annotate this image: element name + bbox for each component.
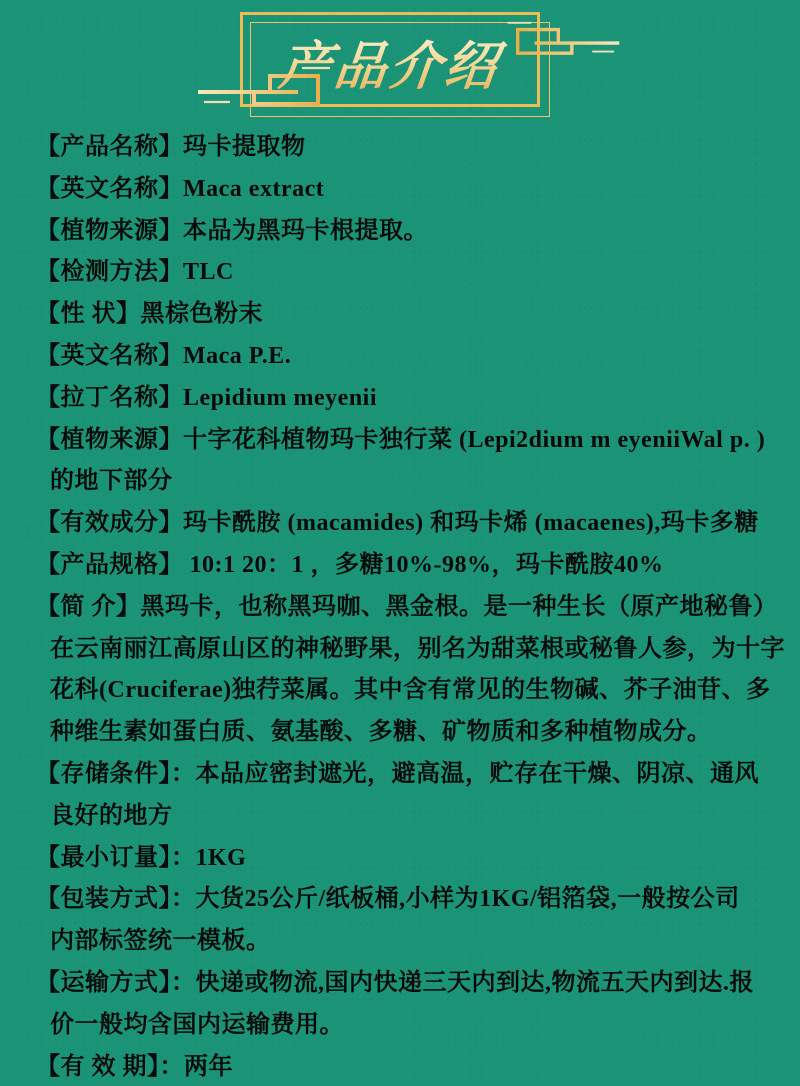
spec-line-latin-name: 【拉丁名称】Lepidium meyenii <box>0 378 800 420</box>
spec-line-specification: 【产品规格】 10:1 20：1 ，多糖10%-98%，玛卡酰胺40% <box>0 545 800 587</box>
spec-line-shelf-life: 【有 效 期】：两年 <box>0 1047 800 1086</box>
product-spec-list: 【产品名称】玛卡提取物 【英文名称】Maca extract 【植物来源】本品为… <box>0 127 800 1086</box>
spec-line-storage-cont: 良好的地方 <box>0 796 800 838</box>
spec-line-active-ingredients: 【有效成分】玛卡酰胺 (macamides) 和玛卡烯 (macaenes),玛… <box>0 503 800 545</box>
spec-line-storage: 【存储条件】：本品应密封遮光，避高温，贮存在干燥、阴凉、通风 <box>0 754 800 796</box>
page-title: 产品介绍 <box>236 24 544 99</box>
spec-line-brief-intro-cont-3: 种维生素如蛋白质、氨基酸、多糖、矿物质和多种植物成分。 <box>0 712 800 754</box>
spec-line-plant-source-2: 【植物来源】十字花科植物玛卡独行菜 (Lepi2dium m eyeniiWal… <box>0 420 800 462</box>
spec-line-plant-source-2-cont: 的地下部分 <box>0 461 800 503</box>
spec-line-test-method: 【检测方法】TLC <box>0 252 800 294</box>
spec-line-english-name-2: 【英文名称】Maca P.E. <box>0 336 800 378</box>
spec-line-brief-intro-cont-2: 花科(Cruciferae)独荇菜属。其中含有常见的生物碱、芥子油苷、多 <box>0 670 800 712</box>
product-intro-page: 产品介绍 【产品名称】玛卡提取物 【英文名称】Maca extract 【植物来… <box>0 0 800 1086</box>
spec-line-appearance: 【性 状】黑棕色粉末 <box>0 294 800 336</box>
spec-line-product-name: 【产品名称】玛卡提取物 <box>0 127 800 169</box>
spec-line-english-name: 【英文名称】Maca extract <box>0 169 800 211</box>
spec-line-brief-intro: 【简 介】黑玛卡，也称黑玛咖、黑金根。是一种生长（原产地秘鲁） <box>0 587 800 629</box>
spec-line-shipping-cont: 价一般均含国内运输费用。 <box>0 1005 800 1047</box>
spec-line-min-order: 【最小订量】：1KG <box>0 838 800 880</box>
spec-line-plant-source: 【植物来源】本品为黑玛卡根提取。 <box>0 211 800 253</box>
spec-line-packaging: 【包装方式】：大货25公斤/纸板桶,小样为1KG/铝箔袋,一般按公司 <box>0 879 800 921</box>
spec-line-shipping: 【运输方式】：快递或物流,国内快递三天内到达,物流五天内到达.报 <box>0 963 800 1005</box>
header: 产品介绍 <box>0 0 800 126</box>
spec-line-packaging-cont: 内部标签统一模板。 <box>0 921 800 963</box>
spec-line-brief-intro-cont-1: 在云南丽江高原山区的神秘野果，别名为甜菜根或秘鲁人参，为十字 <box>0 629 800 671</box>
